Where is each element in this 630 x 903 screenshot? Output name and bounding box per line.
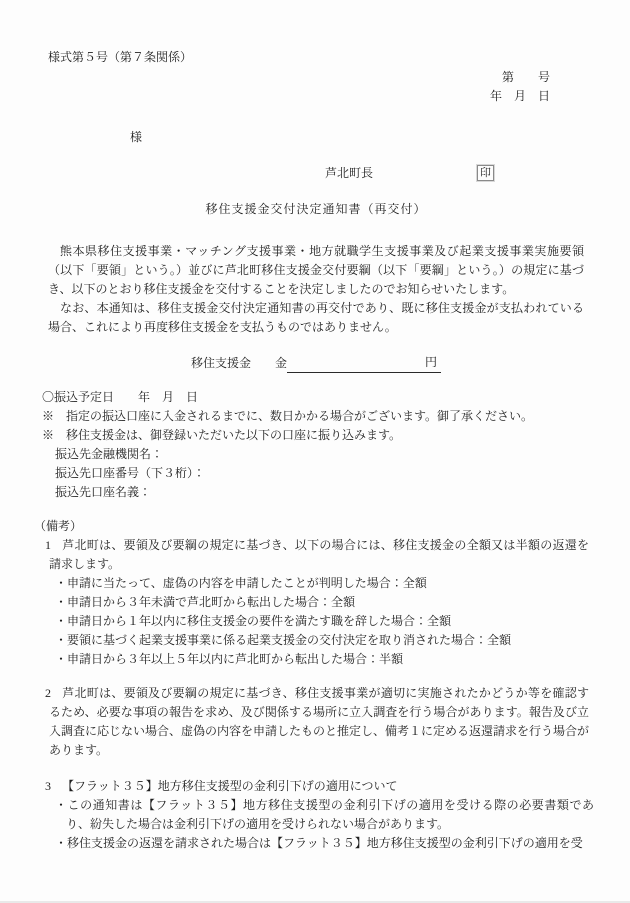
- amount-unit-label: 円: [421, 353, 441, 373]
- account-holder-label: 振込先口座名義：: [55, 483, 584, 502]
- amount-currency-prefix: 金: [275, 354, 287, 373]
- form-number: 様式第５号（第７条関係）: [48, 48, 584, 67]
- remark-2-text: 芦北町は、要領及び要綱の規定に基づき、移住支援事業が適切に実施されたかどうか等を…: [49, 686, 589, 757]
- grant-amount-line: 移住支援金 金 円: [48, 353, 584, 373]
- bank-name-label: 振込先金融機関名：: [55, 445, 584, 464]
- document-page: 様式第５号（第７条関係） 第 号 年 月 日 様 芦北町長印 移住支援金交付決定…: [0, 0, 630, 903]
- remarks-heading: （備考）: [34, 517, 584, 536]
- amount-blank-field: [287, 357, 421, 373]
- remark-3-text: 【フラット３５】地方移住支援型の金利引下げの適用について: [62, 779, 398, 793]
- remark-1-bullet-3: ・申請日から１年以内に移住支援金の要件を満たす職を辞した場合：全額: [45, 612, 594, 631]
- remark-3-bullet-2: ・移住支援金の返還を請求された場合は【フラット３５】地方移住支援型の金利引下げの…: [45, 834, 594, 853]
- addressee-line: 様: [130, 128, 584, 147]
- issue-date-line: 年 月 日: [48, 87, 550, 106]
- transfer-section: 〇振込予定日 年 月 日 ※ 指定の振込口座に入金されるまでに、数日かかる場合が…: [42, 388, 584, 502]
- remark-3-bullet-1: ・この通知書は【フラット３５】地方移住支援型の金利引下げの適用を受ける際の必要書…: [45, 796, 594, 834]
- remark-item-3: 3【フラット３５】地方移住支援型の金利引下げの適用について: [45, 777, 589, 796]
- remark-1-bullet-2: ・申請日から３年未満で芦北町から転出した場合：全額: [45, 593, 594, 612]
- remark-1-text: 芦北町は、要領及び要綱の規定に基づき、以下の場合には、移住支援金の全額又は半額の…: [49, 538, 589, 571]
- transfer-schedule-line: 〇振込予定日 年 月 日: [42, 388, 584, 407]
- remark-1-bullet-5: ・申請日から３年以上５年以内に芦北町から転出した場合：半額: [45, 650, 594, 669]
- intro-paragraph-1: 熊本県移住支援事業・マッチング支援事業・地方就職学生支援事業及び起業支援事業実施…: [48, 242, 584, 299]
- addressee-suffix: 様: [130, 130, 142, 144]
- transfer-note-1: ※ 指定の振込口座に入金されるまでに、数日かかる場合がございます。御了承ください…: [42, 407, 584, 426]
- remark-3-number: 3: [45, 779, 51, 793]
- document-header: 第 号 年 月 日: [48, 68, 584, 106]
- remark-item-2: 2芦北町は、要領及び要綱の規定に基づき、移住支援事業が適切に実施されたかどうか等…: [45, 684, 589, 760]
- remark-item-1: 1芦北町は、要領及び要綱の規定に基づき、以下の場合には、移住支援金の全額又は半額…: [45, 536, 589, 574]
- doc-number-line: 第 号: [48, 68, 550, 87]
- transfer-note-2: ※ 移住支援金は、御登録いただいた以下の口座に振り込みます。: [42, 426, 584, 445]
- remark-1-bullet-1: ・申請に当たって、虚偽の内容を申請したことが判明した場合：全額: [45, 574, 594, 593]
- grant-amount-label: 移住支援金: [191, 354, 251, 373]
- remark-1-bullet-4: ・要領に基づく起業支援事業に係る起業支援金の交付決定を取り消された場合：全額: [45, 631, 594, 650]
- seal-mark: 印: [477, 165, 494, 181]
- issuer-title: 芦北町長: [325, 166, 373, 180]
- account-number-label: 振込先口座番号（下３桁）：: [55, 464, 584, 483]
- intro-paragraphs: 熊本県移住支援事業・マッチング支援事業・地方就職学生支援事業及び起業支援事業実施…: [48, 242, 584, 337]
- intro-paragraph-2: なお、本通知は、移住支援金交付決定通知書の再交付であり、既に移住支援金が支払われ…: [48, 299, 584, 337]
- remark-1-number: 1: [45, 538, 51, 552]
- issuer-line: 芦北町長印: [325, 164, 584, 184]
- document-title: 移住支援金交付決定通知書（再交付）: [48, 200, 584, 219]
- remarks-section: （備考） 1芦北町は、要領及び要綱の規定に基づき、以下の場合には、移住支援金の全…: [48, 517, 584, 853]
- remark-2-number: 2: [45, 686, 51, 700]
